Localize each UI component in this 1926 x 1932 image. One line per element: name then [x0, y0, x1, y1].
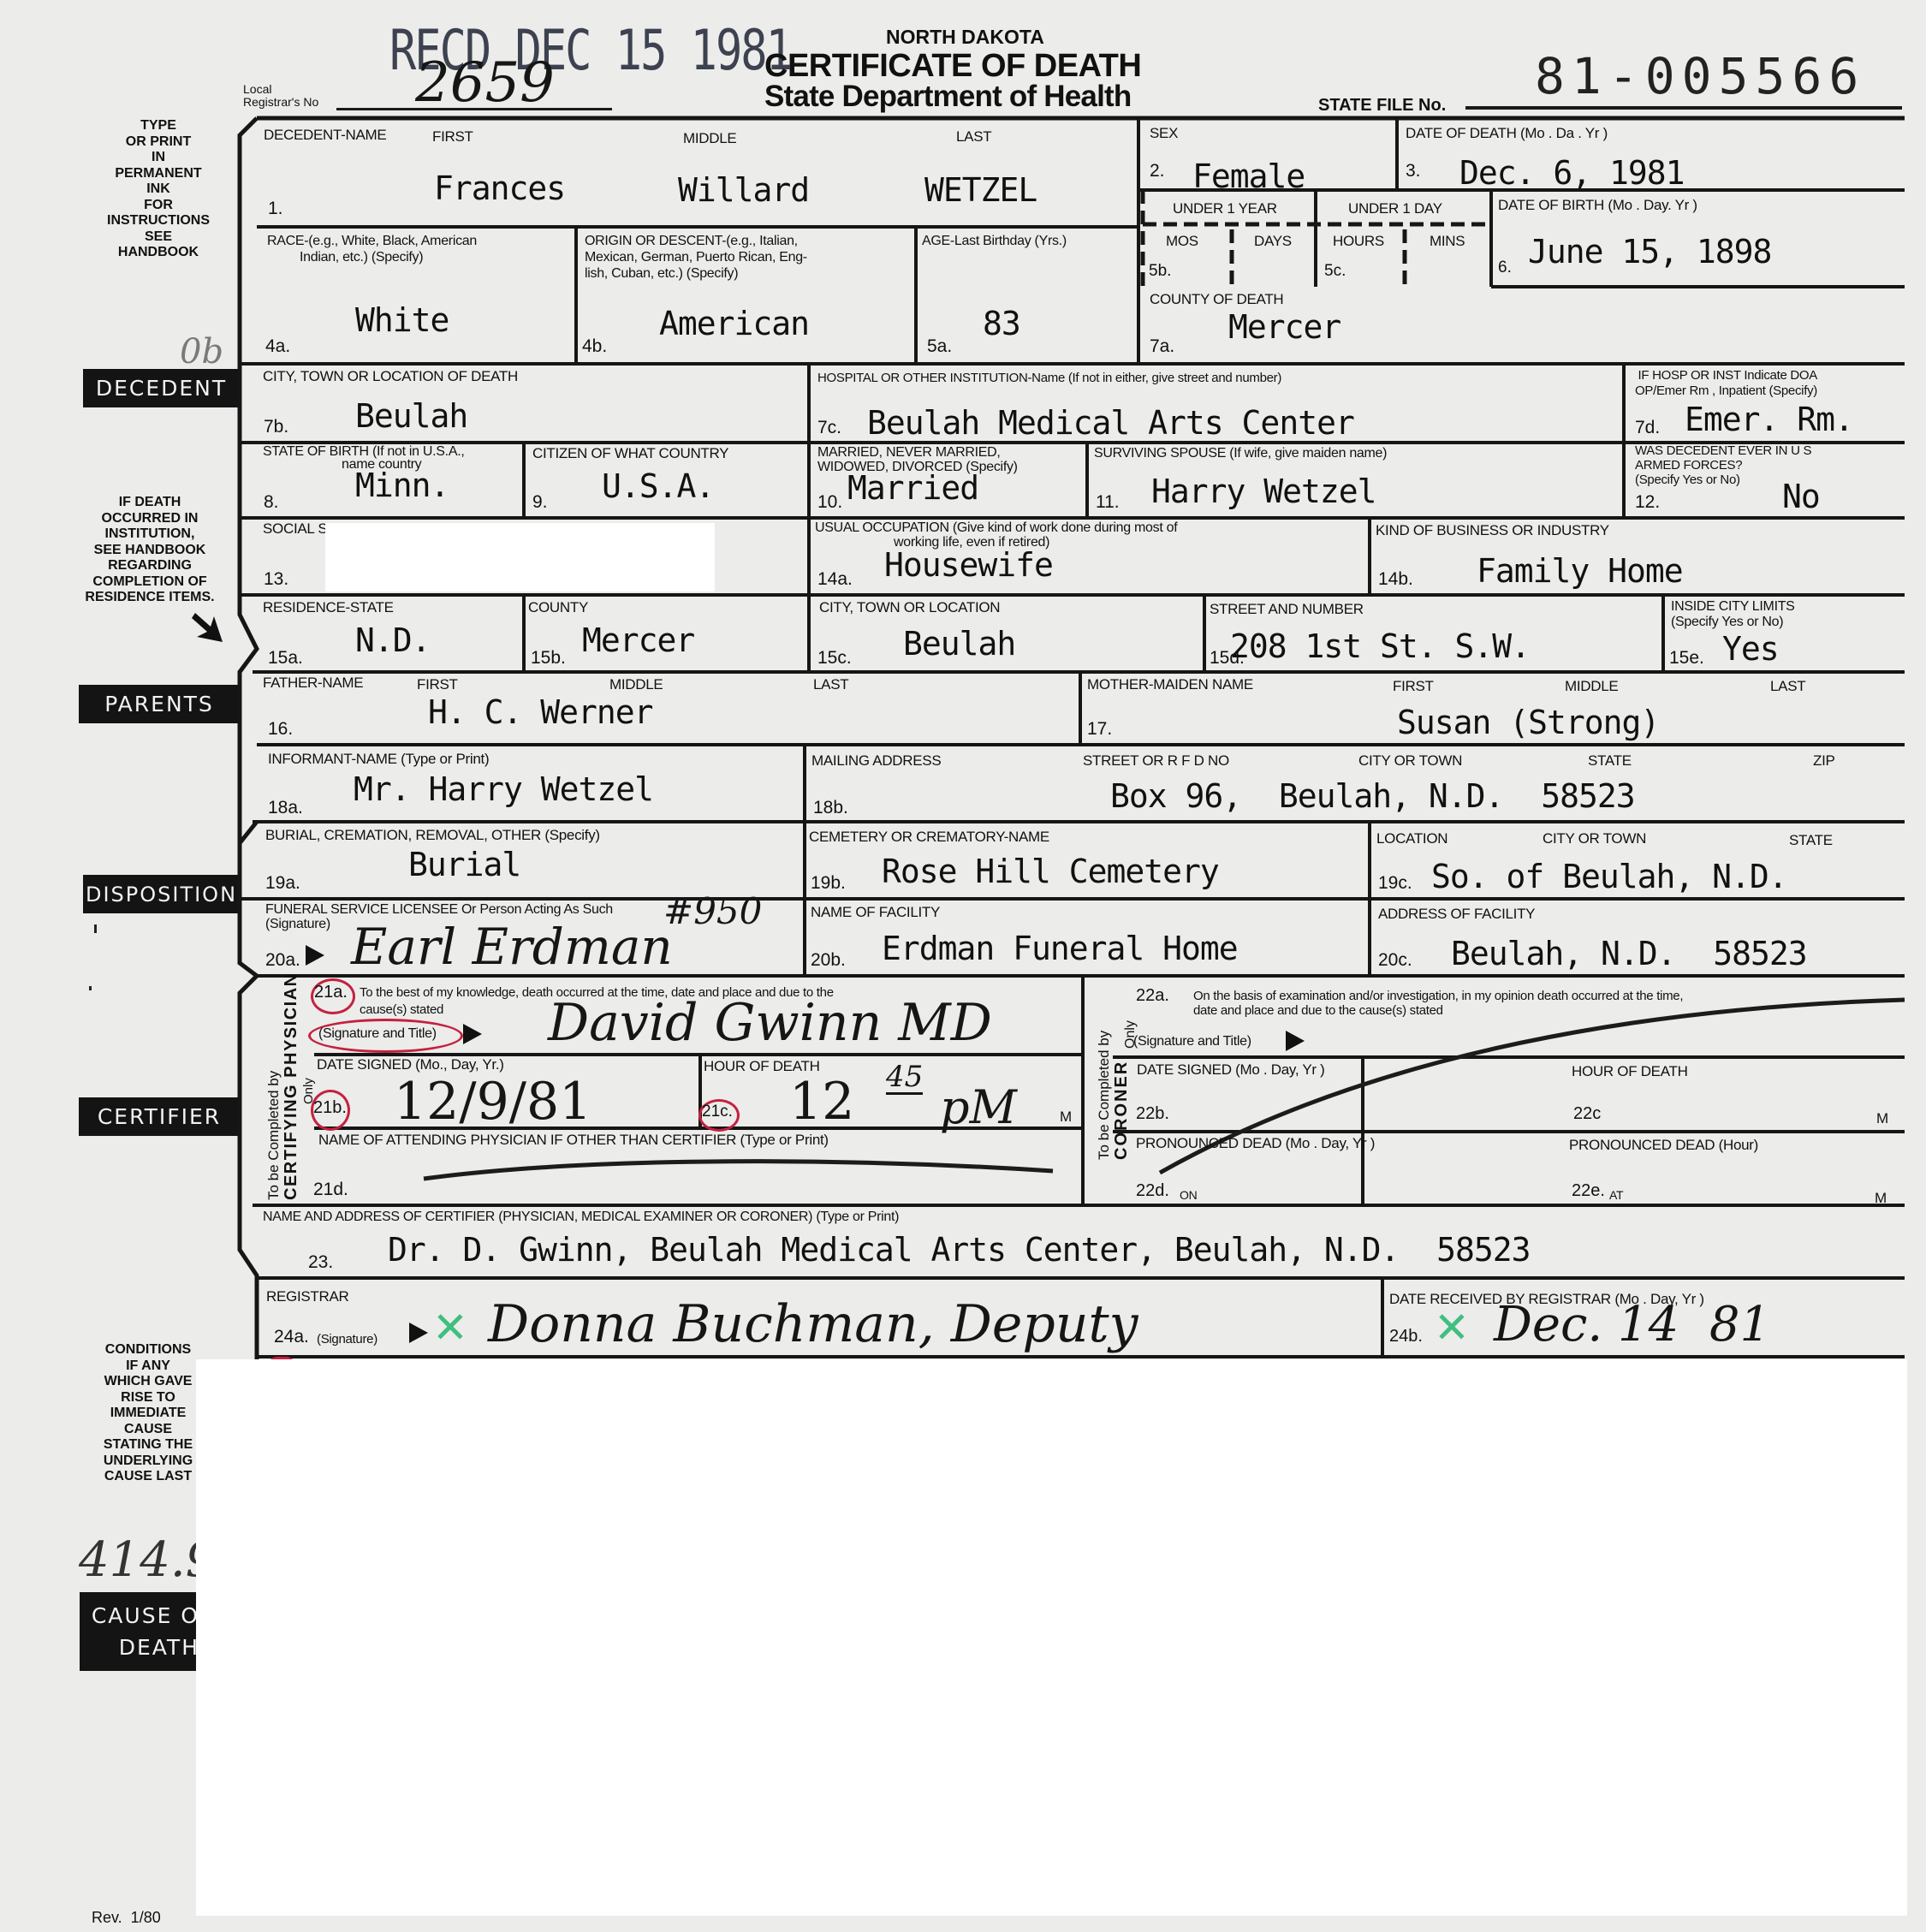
attending-physician-label: NAME OF ATTENDING PHYSICIAN IF OTHER THA…: [318, 1132, 829, 1148]
location-label: LOCATION: [1376, 830, 1447, 847]
inside-city-limits-value[interactable]: Yes: [1722, 630, 1779, 668]
county-of-death-label: COUNTY OF DEATH: [1150, 291, 1283, 307]
date-signed-label: DATE SIGNED (Mo., Day, Yr.): [317, 1056, 504, 1073]
field-number: 17.: [1087, 719, 1112, 740]
coroner-vertical-label: To be Completed by CORONER: [1096, 1031, 1130, 1160]
license-number: #950: [663, 890, 762, 932]
field-number: 10.: [817, 492, 842, 513]
field-number: 24a.: [274, 1327, 309, 1347]
decedent-name-label: DECEDENT-NAME: [264, 127, 386, 143]
date-of-birth-label: DATE OF BIRTH (Mo . Day. Yr ): [1498, 197, 1697, 213]
father-last-label: LAST: [813, 676, 848, 693]
field-number: 24b.: [1389, 1327, 1423, 1346]
age-label: AGE-Last Birthday (Yrs.): [922, 233, 1067, 249]
origin-value[interactable]: American: [659, 305, 809, 342]
field-number: 7b.: [264, 417, 288, 437]
coroner-date-signed-label: DATE SIGNED (Mo . Day, Yr ): [1137, 1061, 1325, 1078]
m-suffix: M: [1875, 1190, 1887, 1206]
date-of-death-label: DATE OF DEATH (Mo . Da . Yr ): [1406, 125, 1608, 141]
cause-of-death-redaction: [196, 1359, 1907, 1916]
facility-name-label: NAME OF FACILITY: [811, 904, 940, 920]
origin-label: ORIGIN OR DESCENT-(e.g., Italian, Mexica…: [585, 233, 807, 282]
mother-maiden-name-value[interactable]: Susan (Strong): [1397, 704, 1659, 741]
arrow-right-icon: [463, 1024, 482, 1044]
decedent-middle-name[interactable]: Willard: [678, 171, 809, 209]
citizen-label: CITIZEN OF WHAT COUNTRY: [532, 445, 728, 461]
citizen-value[interactable]: U.S.A.: [602, 467, 714, 505]
mos-label: MOS: [1166, 233, 1198, 249]
residence-state-value[interactable]: N.D.: [355, 621, 431, 659]
cemetery-label: CEMETERY OR CREMATORY-NAME: [809, 829, 1049, 845]
father-name-value[interactable]: H. C. Werner: [428, 693, 653, 731]
field-number: 5a.: [927, 336, 952, 357]
hospital-label: HOSPITAL OR OTHER INSTITUTION-Name (If n…: [817, 370, 1281, 386]
field-number: 1.: [268, 199, 283, 219]
last-name-label: LAST: [956, 128, 991, 145]
field-number: 13.: [264, 569, 288, 590]
signature-title-label: (Signature and Title): [318, 1025, 437, 1042]
city-of-death-value[interactable]: Beulah: [355, 397, 467, 435]
mother-maiden-name-label: MOTHER-MAIDEN NAME: [1087, 676, 1253, 693]
doa-label: IF HOSP OR INST Indicate DOA OP/Emer Rm …: [1635, 368, 1817, 399]
coroner-hour-label: HOUR OF DEATH: [1572, 1063, 1688, 1079]
field-number: 21d.: [313, 1180, 348, 1200]
field-number: 5b.: [1149, 262, 1171, 281]
date-received-value[interactable]: Dec. 14 81: [1494, 1297, 1770, 1352]
date-of-birth-value[interactable]: June 15, 1898: [1528, 233, 1771, 270]
registrar-signature[interactable]: Donna Buchman, Deputy: [488, 1294, 1138, 1354]
field-number: 21c.: [702, 1103, 733, 1121]
business-value[interactable]: Family Home: [1477, 552, 1683, 590]
licensee-signature[interactable]: Earl Erdman: [351, 918, 673, 976]
informant-name-label: INFORMANT-NAME (Type or Print): [268, 751, 489, 767]
field-number: 23.: [308, 1252, 333, 1273]
mailing-address-label: MAILING ADDRESS: [811, 752, 941, 769]
pronounced-at-label: AT: [1609, 1187, 1623, 1204]
field-number: 20a.: [265, 950, 300, 971]
certifying-physician-vertical-label: To be Completed by CERTIFYING PHYSICIAN: [265, 972, 300, 1200]
date-signed-value[interactable]: 12/9/81: [394, 1072, 591, 1132]
arrow-right-icon: [306, 945, 324, 966]
informant-name-value[interactable]: Mr. Harry Wetzel: [354, 770, 653, 808]
field-number: 18a.: [268, 798, 303, 818]
city-or-town-label: CITY OR TOWN: [1358, 752, 1462, 769]
hour-of-death-minutes: 45: [886, 1061, 923, 1095]
doa-value[interactable]: Emer. Rm.: [1685, 401, 1853, 438]
residence-state-label: RESIDENCE-STATE: [263, 599, 394, 615]
field-number: 19c.: [1378, 873, 1412, 894]
field-number: 22c: [1573, 1104, 1601, 1124]
field-number: 22e.: [1572, 1181, 1605, 1201]
disposition-method-value[interactable]: Burial: [408, 846, 520, 883]
middle-name-label: MIDDLE: [683, 130, 736, 146]
residence-city-label: CITY, TOWN OR LOCATION: [819, 599, 1000, 615]
field-number: 22b.: [1136, 1104, 1169, 1124]
facility-address-label: ADDRESS OF FACILITY: [1378, 906, 1535, 922]
inside-city-limits-label: INSIDE CITY LIMITS (Specify Yes or No): [1671, 599, 1795, 630]
business-label: KIND OF BUSINESS OR INDUSTRY: [1376, 522, 1609, 538]
field-number: 19b.: [811, 873, 846, 894]
field-number: 15c.: [817, 648, 852, 669]
hours-label: HOURS: [1333, 233, 1384, 249]
age-value[interactable]: 83: [983, 305, 1020, 342]
field-number: 22a.: [1136, 986, 1169, 1006]
first-name-label: FIRST: [432, 128, 473, 145]
facility-address-value[interactable]: Beulah, N.D. 58523: [1451, 935, 1807, 972]
county-of-death-value[interactable]: Mercer: [1228, 308, 1340, 346]
ssn-redaction: [325, 523, 715, 591]
field-number: 2.: [1150, 161, 1165, 181]
hospital-value[interactable]: Beulah Medical Arts Center: [867, 404, 1354, 442]
race-value[interactable]: White: [355, 301, 449, 339]
field-number: 14a.: [817, 569, 853, 590]
decedent-first-name[interactable]: Frances: [434, 169, 565, 207]
field-number: 20c.: [1378, 950, 1412, 971]
check-mark-icon: ✕: [432, 1303, 468, 1352]
decedent-last-name[interactable]: WETZEL: [924, 171, 1037, 209]
zip-label: ZIP: [1813, 752, 1835, 769]
field-number: 5c.: [1324, 262, 1346, 281]
field-number: 3.: [1406, 161, 1421, 181]
marital-status-value[interactable]: Married: [847, 469, 978, 507]
check-mark-icon: ✕: [1434, 1303, 1470, 1352]
mins-label: MINS: [1430, 233, 1465, 249]
residence-street-label: STREET AND NUMBER: [1210, 601, 1364, 617]
field-number: 6.: [1498, 259, 1512, 277]
occupation-label: USUAL OCCUPATION (Give kind of work done…: [815, 520, 1177, 550]
coroner-signature-label: (Signature and Title): [1133, 1033, 1251, 1049]
location-value[interactable]: So. of Beulah, N.D.: [1431, 858, 1787, 895]
cemetery-value[interactable]: Rose Hill Cemetery: [882, 853, 1219, 890]
disposition-method-label: BURIAL, CREMATION, REMOVAL, OTHER (Speci…: [265, 827, 600, 843]
field-number: 15e.: [1669, 648, 1704, 669]
location-state-label: STATE: [1789, 832, 1833, 848]
field-number: 21b.: [313, 1098, 347, 1118]
facility-name-value[interactable]: Erdman Funeral Home: [882, 930, 1238, 967]
field-number: 18b.: [813, 798, 848, 818]
mother-middle-label: MIDDLE: [1565, 678, 1618, 694]
residence-street-value[interactable]: 208 1st St. S.W.: [1230, 627, 1530, 665]
field-number: 14b.: [1378, 569, 1413, 590]
arrow-right-icon: [1286, 1031, 1305, 1051]
field-number: 8.: [264, 492, 279, 513]
field-number: 11.: [1096, 492, 1120, 513]
occupation-value[interactable]: Housewife: [884, 546, 1053, 584]
mailing-address-value[interactable]: Box 96, Beulah, N.D. 58523: [1110, 777, 1635, 815]
field-number: 4a.: [265, 336, 290, 357]
registrar-signature-label: (Signature): [317, 1331, 377, 1347]
residence-city-value[interactable]: Beulah: [903, 625, 1015, 663]
days-label: DAYS: [1254, 233, 1292, 249]
arrow-right-icon: [409, 1323, 428, 1343]
certifier-name-address-label: NAME AND ADDRESS OF CERTIFIER (PHYSICIAN…: [263, 1209, 899, 1225]
race-label: RACE-(e.g., White, Black, American India…: [267, 233, 477, 265]
street-rfd-label: STREET OR R F D NO: [1083, 752, 1229, 769]
location-city-label: CITY OR TOWN: [1543, 830, 1646, 847]
armed-forces-value[interactable]: No: [1782, 478, 1820, 515]
under-1-year-label: UNDER 1 YEAR: [1173, 200, 1277, 217]
under-1-day-label: UNDER 1 DAY: [1348, 200, 1442, 217]
state-label: STATE: [1588, 752, 1632, 769]
field-number: 12.: [1635, 492, 1660, 513]
father-middle-label: MIDDLE: [609, 676, 663, 693]
state-of-birth-value[interactable]: Minn.: [355, 467, 449, 504]
registrar-label: REGISTRAR: [266, 1288, 348, 1305]
physician-signature[interactable]: David Gwinn MD: [548, 993, 992, 1053]
date-of-death-value[interactable]: Dec. 6, 1981: [1459, 154, 1685, 192]
field-number: 15a.: [268, 648, 303, 669]
father-first-label: FIRST: [417, 676, 458, 693]
field-number: 7a.: [1150, 336, 1174, 357]
sex-value[interactable]: Female: [1192, 158, 1305, 195]
field-number: 21a.: [314, 983, 348, 1002]
residence-county-label: COUNTY: [528, 599, 588, 615]
pronounced-on-label: ON: [1180, 1187, 1197, 1204]
surviving-spouse-label: SURVIVING SPOUSE (If wife, give maiden n…: [1094, 445, 1387, 461]
pronounced-dead-hour-label: PRONOUNCED DEAD (Hour): [1569, 1137, 1758, 1153]
hour-of-death-ampm: pM: [940, 1080, 1017, 1134]
field-number: 19a.: [265, 873, 300, 894]
hour-of-death-value[interactable]: 12: [789, 1072, 854, 1132]
mother-first-label: FIRST: [1393, 678, 1434, 694]
field-number: 7d.: [1635, 418, 1660, 438]
pronounced-dead-date-label: PRONOUNCED DEAD (Mo . Day, Yr ): [1136, 1135, 1375, 1151]
field-number: 15b.: [531, 648, 566, 669]
city-of-death-label: CITY, TOWN OR LOCATION OF DEATH: [263, 368, 518, 384]
mother-last-label: LAST: [1770, 678, 1805, 694]
sex-label: SEX: [1150, 125, 1178, 141]
residence-county-value[interactable]: Mercer: [582, 621, 694, 659]
m-suffix: M: [1060, 1109, 1072, 1125]
field-number: 4b.: [582, 336, 607, 357]
father-name-label: FATHER-NAME: [263, 675, 363, 691]
field-number: 22d.: [1136, 1181, 1169, 1201]
field-number: 16.: [268, 719, 293, 740]
coroner-statement: On the basis of examination and/or inves…: [1193, 989, 1683, 1018]
certifier-name-address-value[interactable]: Dr. D. Gwinn, Beulah Medical Arts Center…: [388, 1231, 1531, 1269]
field-number: 9.: [532, 492, 548, 513]
field-number: 7c.: [817, 418, 841, 438]
m-suffix: M: [1876, 1110, 1888, 1127]
surviving-spouse-value[interactable]: Harry Wetzel: [1151, 473, 1376, 510]
field-number: 20b.: [811, 950, 846, 971]
